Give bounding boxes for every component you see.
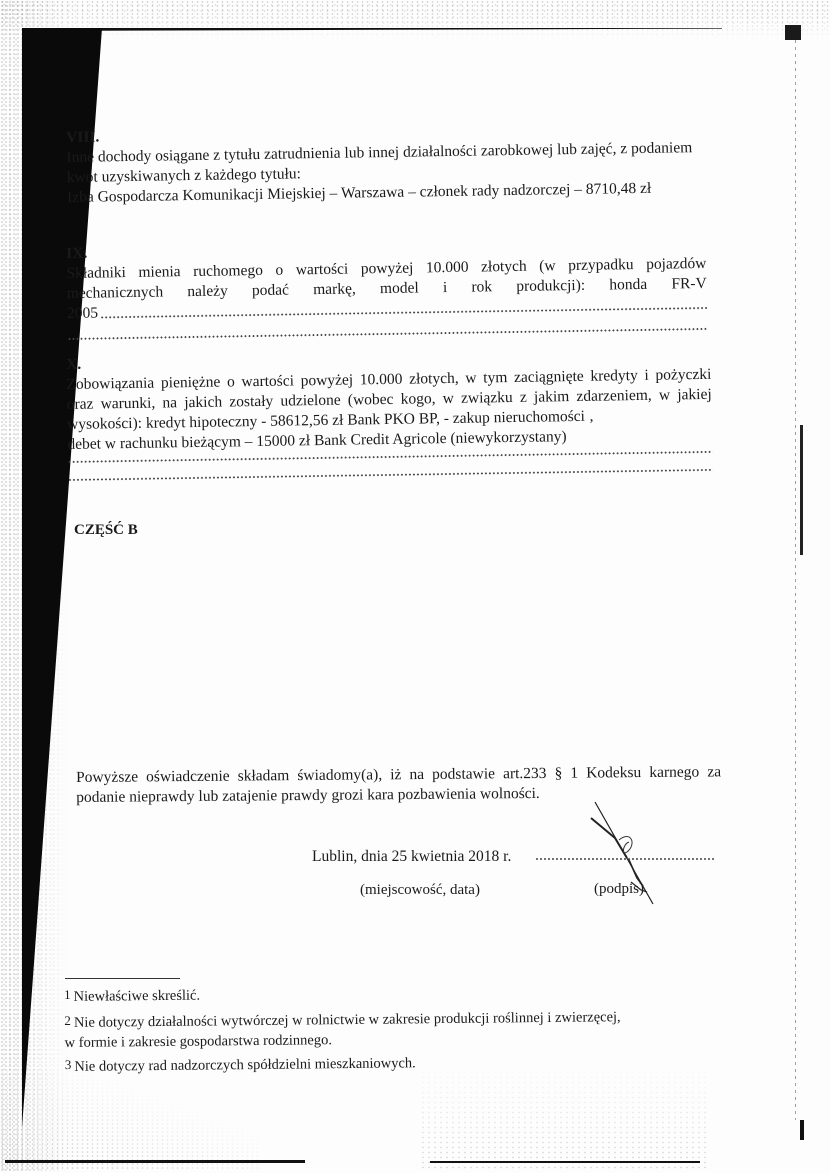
scan-top-edge: [22, 28, 722, 31]
scan-registration-mark: [785, 25, 801, 40]
handwritten-signature: [585, 800, 665, 910]
footnote-3: 3Nie dotyczy rad nadzorczych spółdzielni…: [65, 1048, 715, 1077]
scan-noise-bottom-left: [0, 1070, 260, 1170]
section-x: X. Zobowiązania pieniężne o wartości pow…: [66, 345, 713, 481]
fill-in-dotted-line: [67, 328, 707, 340]
part-b-heading: CZĘŚĆ B: [74, 520, 138, 540]
footnote-number: 1: [64, 987, 71, 1002]
fill-in-dotted-line: [100, 307, 707, 319]
footnote-text: Nie dotyczy rad nadzorczych spółdzielni …: [74, 1055, 416, 1075]
place-date: Lublin, dnia 25 kwietnia 2018 r.: [312, 847, 511, 867]
footnote-1: 1Niewłaściwe skreślić.: [64, 978, 714, 1007]
scan-bottom-edge-right: [430, 1161, 700, 1163]
scan-right-edge-mark-bottom: [800, 1120, 804, 1140]
footnote-text: Nie dotyczy działalności wytwórczej w ro…: [74, 1009, 621, 1031]
footnote-2: 2Nie dotyczy działalności wytwórczej w r…: [64, 1004, 714, 1053]
scan-right-edge-mark: [800, 425, 803, 555]
section-text-line: 2005: [67, 304, 98, 324]
section-viii: VIII. Inne dochody osiągane z tytułu zat…: [66, 118, 717, 208]
footnote-text: Niewłaściwe skreślić.: [74, 988, 201, 1005]
footnote-number: 3: [65, 1057, 72, 1072]
footnote-number: 2: [64, 1013, 71, 1028]
scan-right-edge-line: [795, 40, 796, 1120]
section-ix: IX. Składniki mienia ruchomego o wartośc…: [66, 234, 707, 340]
scan-bottom-edge-left: [5, 1160, 305, 1163]
place-date-label: (miejscowość, data): [360, 880, 480, 900]
footnotes: 1Niewłaściwe skreślić. 2Nie dotyczy dzia…: [64, 978, 715, 1077]
scan-noise-top: [0, 0, 830, 40]
fill-in-dotted-line: [68, 469, 713, 481]
footnote-separator: [65, 978, 180, 979]
